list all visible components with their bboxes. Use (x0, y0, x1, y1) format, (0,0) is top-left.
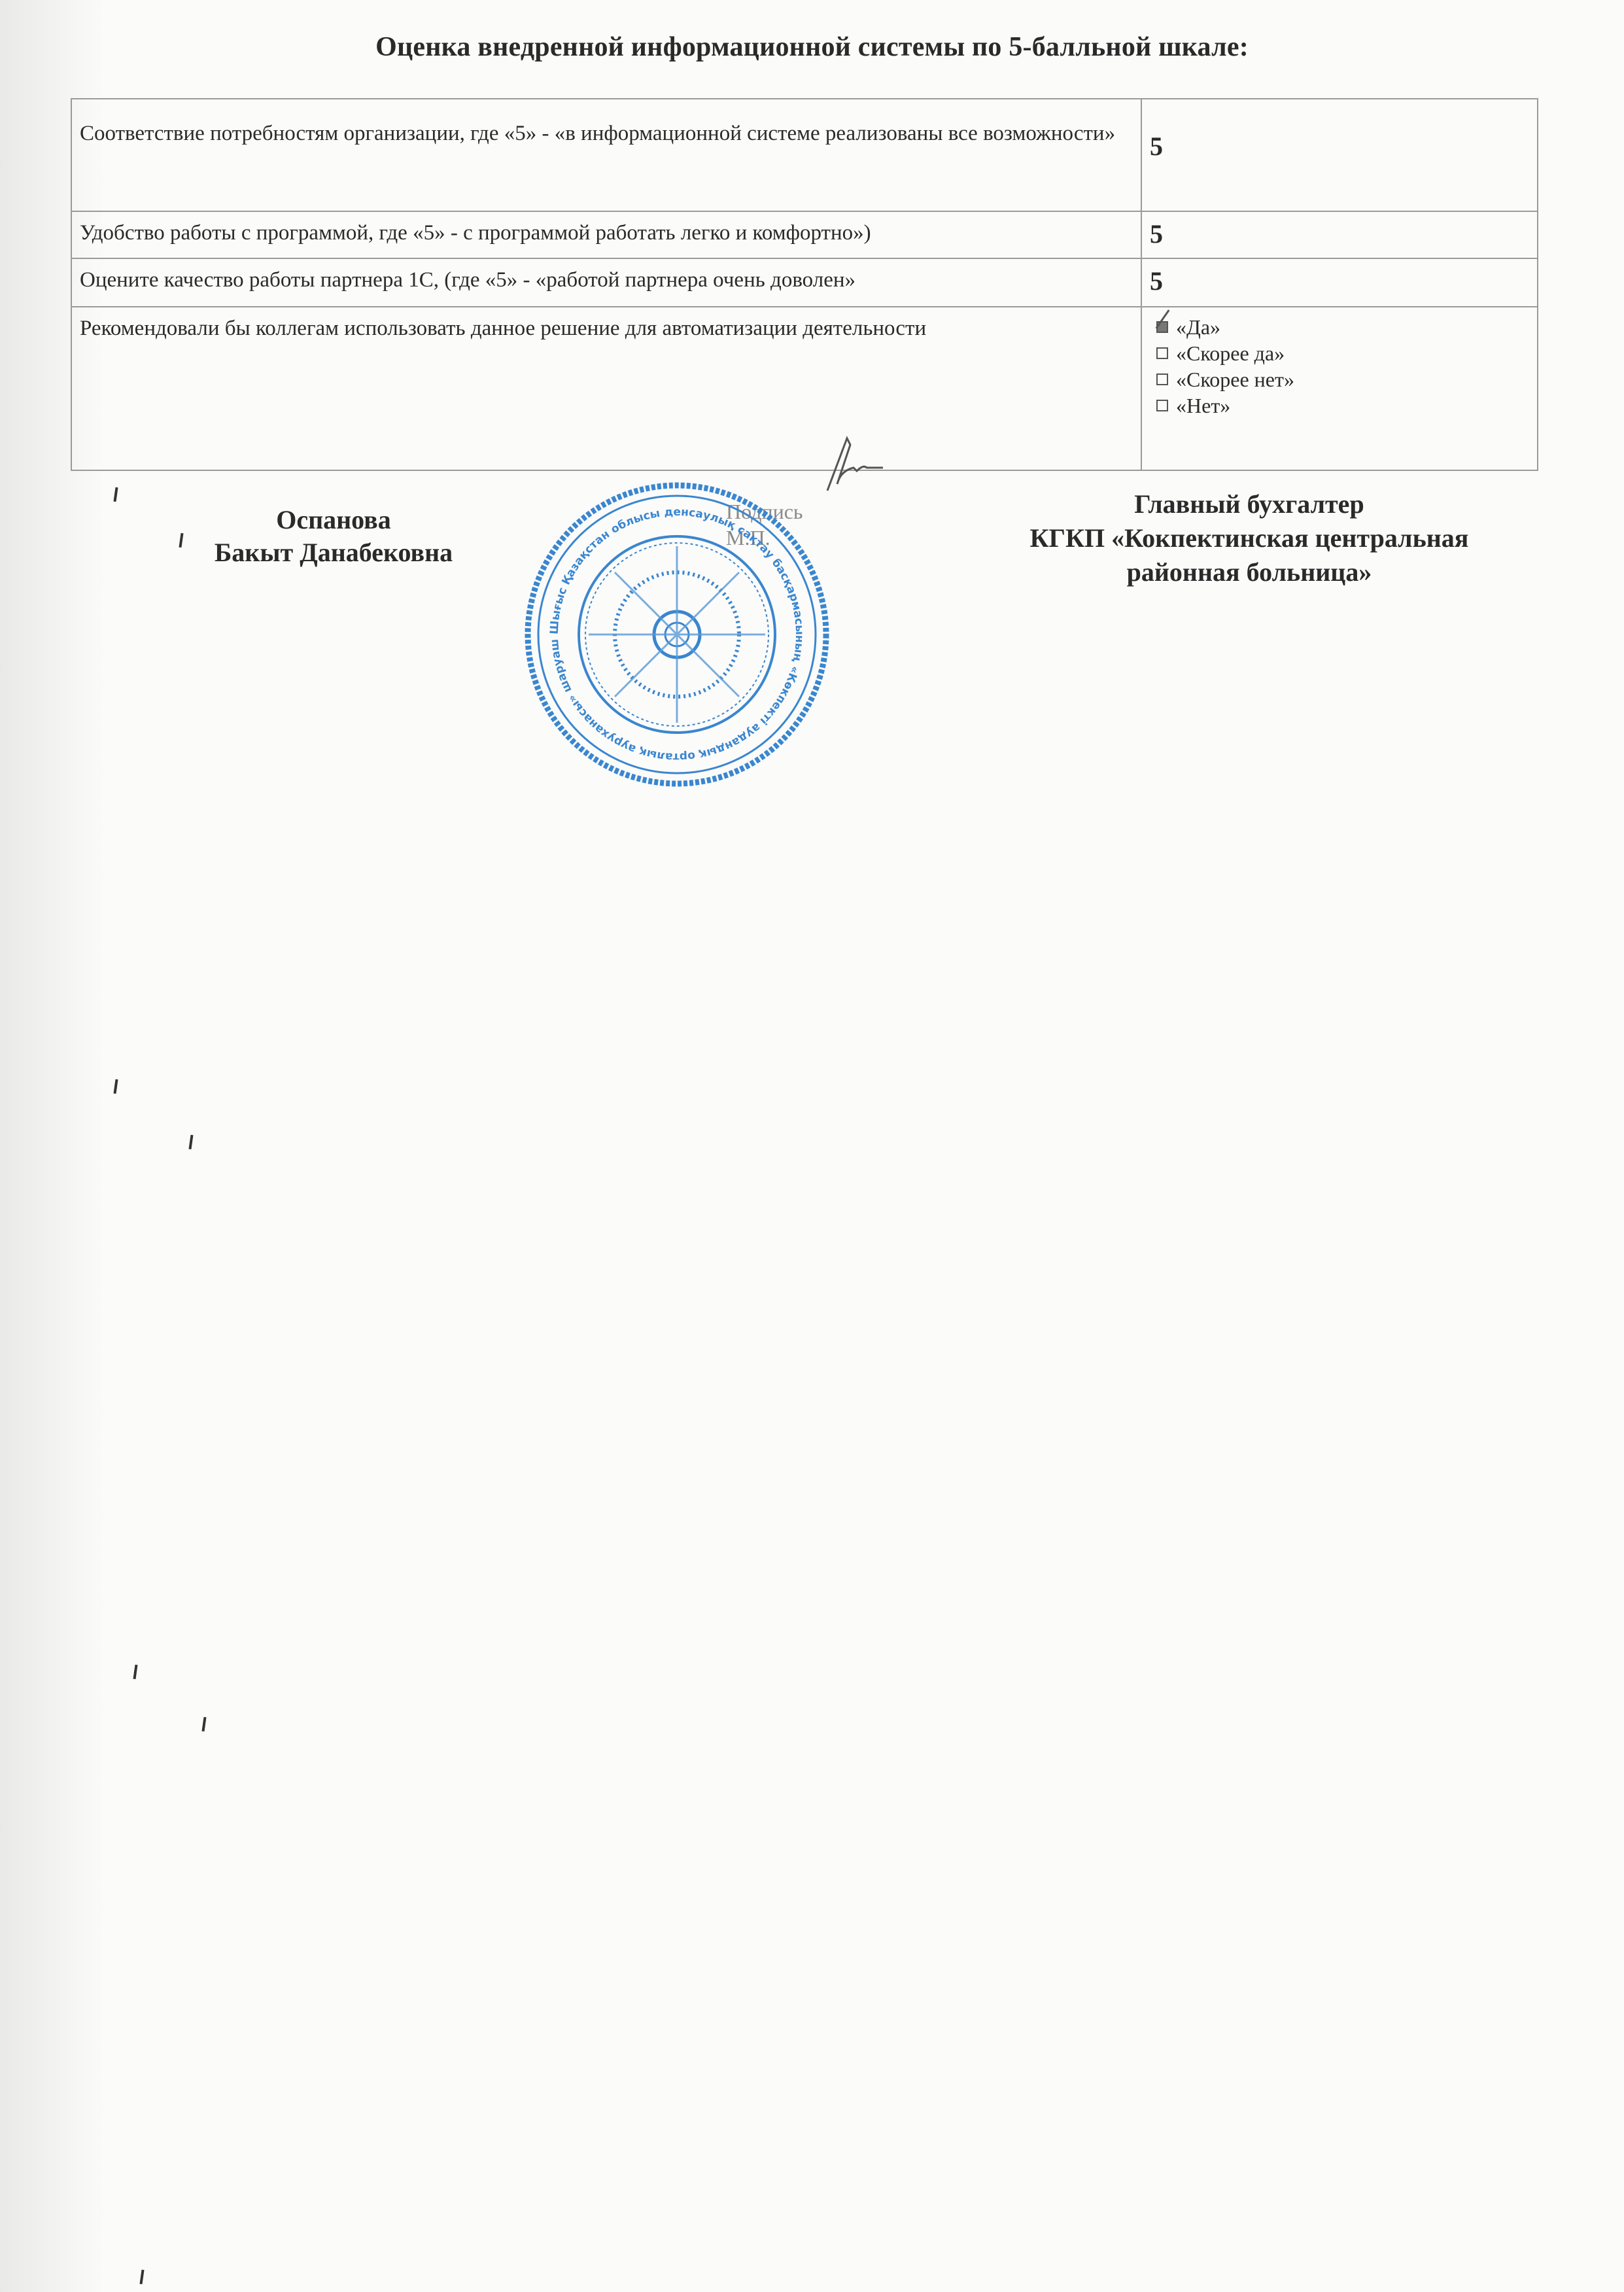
checkbox-empty-icon (1156, 347, 1168, 359)
table-row: Оцените качество работы партнера 1С, (гд… (71, 258, 1538, 307)
score-cell: 5 (1141, 258, 1538, 307)
option-rather-no: «Скорее нет» (1156, 366, 1529, 392)
option-no: «Нет» (1156, 392, 1529, 419)
signatory-name: Оспанова Бакыт Данабековна (170, 504, 497, 569)
checkbox-empty-icon (1156, 400, 1168, 411)
question-cell: Рекомендовали бы коллегам использовать д… (71, 307, 1141, 470)
question-cell: Оцените качество работы партнера 1С, (гд… (71, 258, 1141, 307)
scan-speck (188, 1135, 193, 1149)
question-cell: Удобство работы с программой, где «5» - … (71, 211, 1141, 258)
score-cell: 5 (1141, 99, 1538, 211)
option-rather-yes: «Скорее да» (1156, 340, 1529, 366)
recommendation-options: «Да» «Скорее да» «Скорее нет» «Нет» (1141, 307, 1538, 470)
official-stamp-icon: Шығыс Қазақстан облысы денсаулық сақтау … (523, 481, 831, 788)
score-cell: 5 (1141, 211, 1538, 258)
checkbox-checked-icon (1156, 321, 1168, 333)
scan-speck (201, 1717, 206, 1731)
option-yes: «Да» (1156, 314, 1529, 340)
checkbox-empty-icon (1156, 373, 1168, 385)
question-cell: Соответствие потребностям организации, г… (71, 99, 1141, 211)
rating-table: Соответствие потребностям организации, г… (71, 98, 1538, 471)
page-title: Оценка внедренной информационной системы… (0, 31, 1624, 63)
scan-speck (139, 2270, 144, 2284)
scan-speck (133, 1665, 137, 1679)
scan-speck (113, 487, 118, 502)
table-row: Удобство работы с программой, где «5» - … (71, 211, 1538, 258)
signatory-position: Главный бухгалтер КГКП «Кокпектинская це… (948, 487, 1550, 589)
table-row: Соответствие потребностям организации, г… (71, 99, 1538, 211)
scan-speck (113, 1079, 118, 1094)
